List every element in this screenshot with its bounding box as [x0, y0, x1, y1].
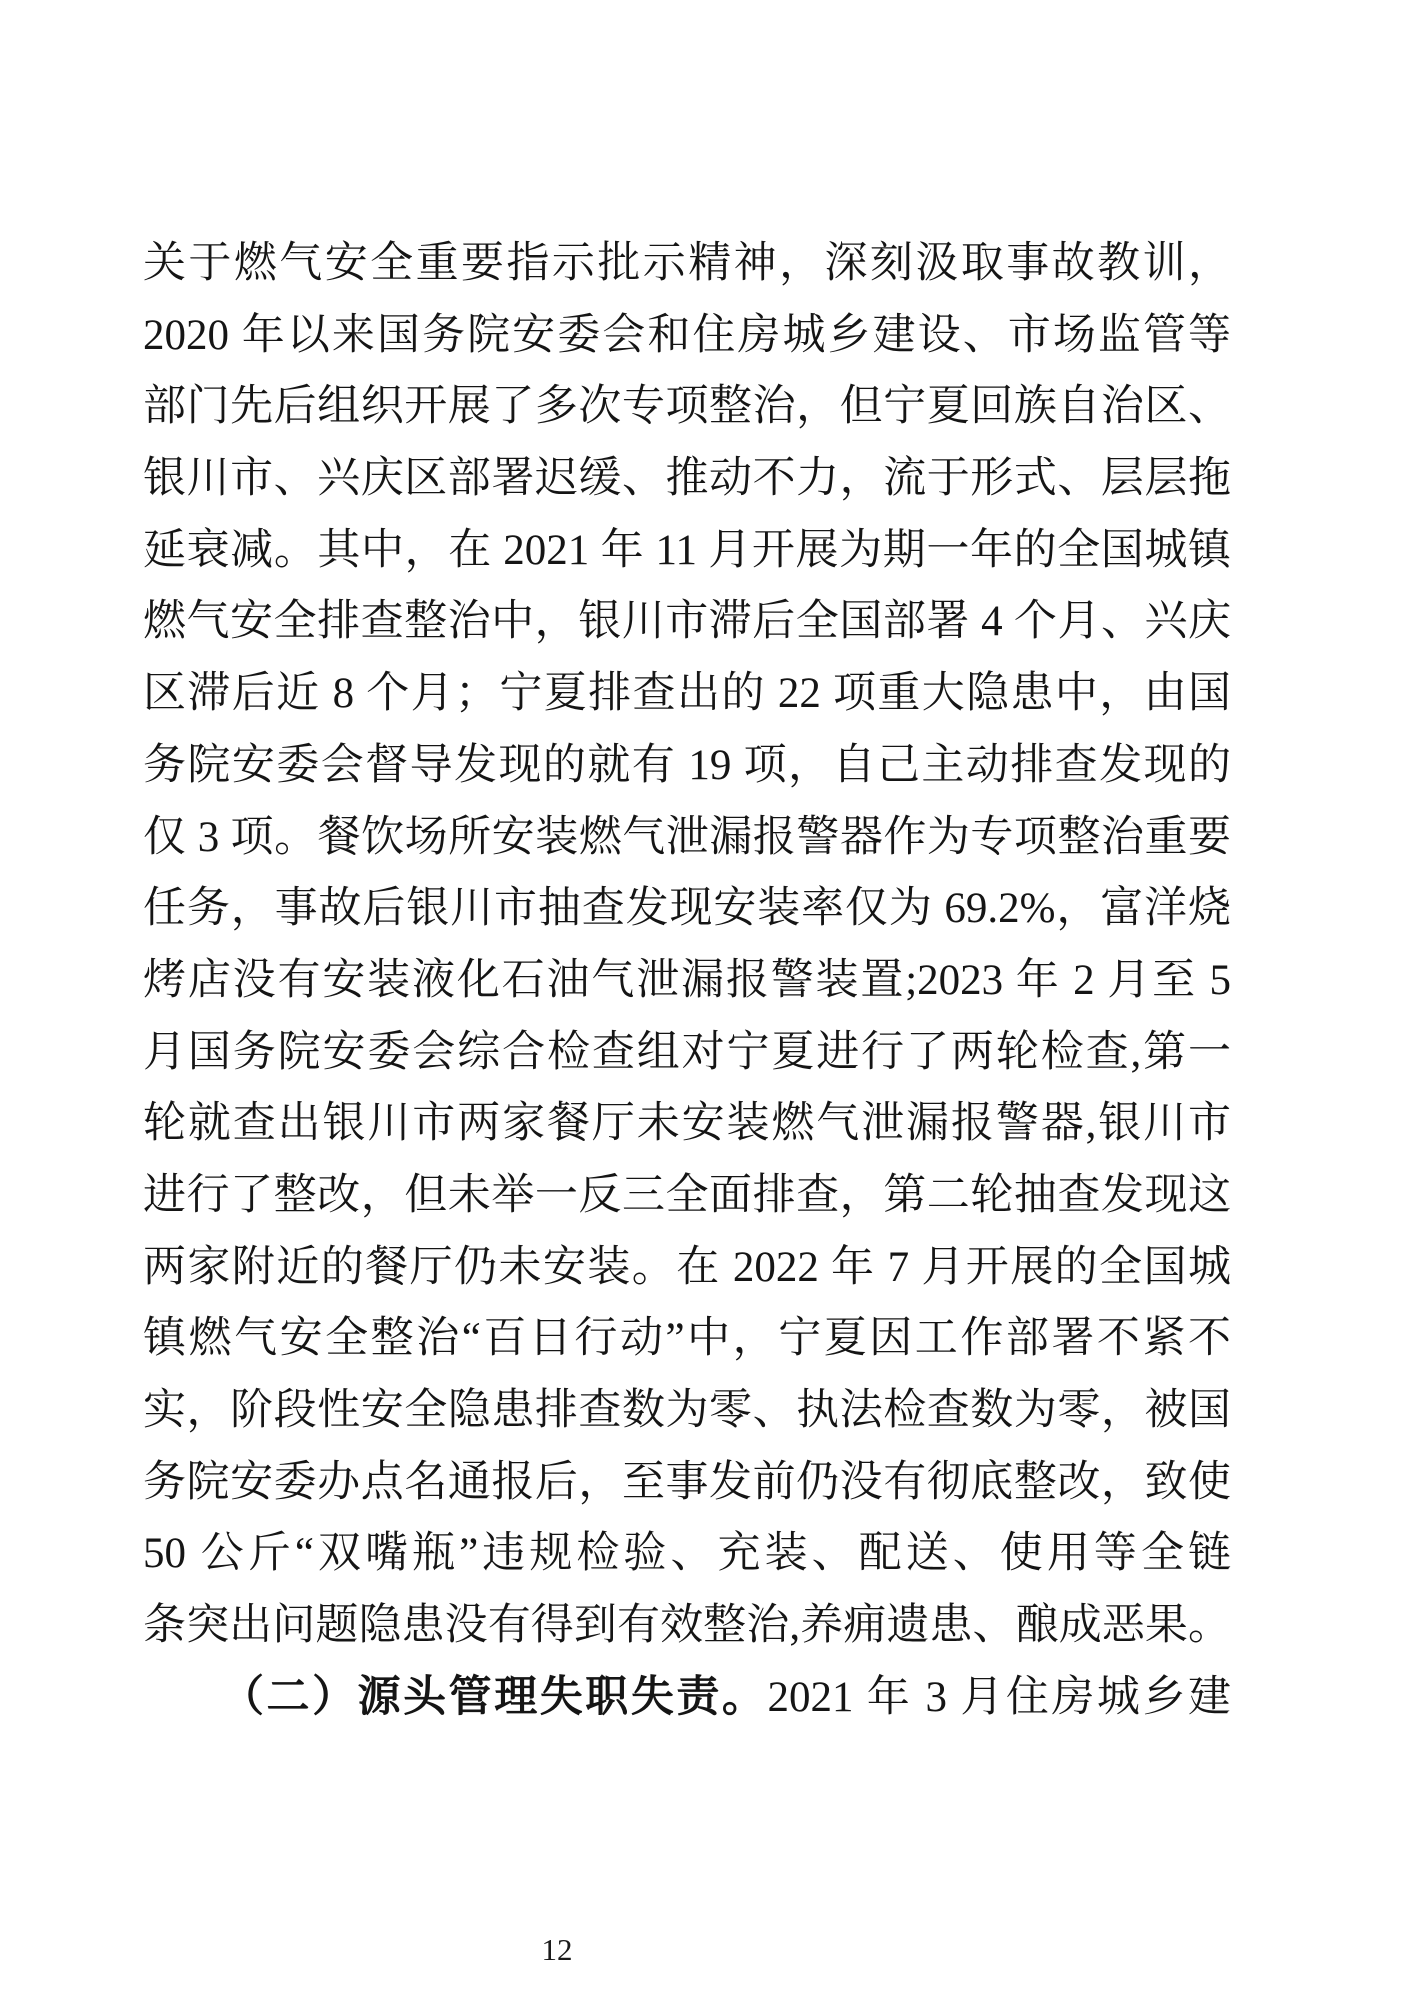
text-segment: 两家附近的餐厅仍未安装。在 2022 年 7 月开展的全国城 — [143, 1244, 1231, 1291]
text-line: 轮就查出银川市两家餐厅未安装燃气泄漏报警器,银川市 — [143, 1088, 1231, 1160]
text-line: 延衰减。其中，在 2021 年 11 月开展为期一年的全国城镇 — [143, 515, 1231, 587]
text-segment: 进行了整改，但未举一反三全面排查，第二轮抽查发现这 — [143, 1172, 1231, 1219]
text-line: 进行了整改，但未举一反三全面排查，第二轮抽查发现这 — [143, 1160, 1231, 1232]
text-segment: 轮就查出银川市两家餐厅未安装燃气泄漏报警器,银川市 — [143, 1100, 1231, 1147]
text-line: 50 公斤“双嘴瓶”违规检验、充装、配送、使用等全链 — [143, 1518, 1231, 1590]
text-line: 任务，事故后银川市抽查发现安装率仅为 69.2%，富洋烧 — [143, 873, 1231, 945]
document-page: 关于燃气安全重要指示批示精神，深刻汲取事故教训，2020 年以来国务院安委会和住… — [0, 0, 1414, 2000]
text-segment: 50 公斤“双嘴瓶”违规检验、充装、配送、使用等全链 — [143, 1530, 1231, 1577]
text-segment: 烤店没有安装液化石油气泄漏报警装置;2023 年 2 月至 5 — [143, 957, 1231, 1004]
text-segment: 关于燃气安全重要指示批示精神，深刻汲取事故教训， — [143, 240, 1231, 287]
text-line: 烤店没有安装液化石油气泄漏报警装置;2023 年 2 月至 5 — [143, 945, 1231, 1017]
text-line: 关于燃气安全重要指示批示精神，深刻汲取事故教训， — [143, 228, 1231, 300]
text-segment: 银川市、兴庆区部署迟缓、推动不力，流于形式、层层拖 — [143, 455, 1231, 502]
text-segment: 任务，事故后银川市抽查发现安装率仅为 69.2%，富洋烧 — [143, 885, 1231, 932]
text-line: 区滞后近 8 个月；宁夏排查出的 22 项重大隐患中，由国 — [143, 658, 1231, 730]
text-line: 部门先后组织开展了多次专项整治，但宁夏回族自治区、 — [143, 371, 1231, 443]
text-line: 银川市、兴庆区部署迟缓、推动不力，流于形式、层层拖 — [143, 443, 1231, 515]
text-segment: 燃气安全排查整治中，银川市滞后全国部署 4 个月、兴庆 — [143, 598, 1231, 645]
text-segment: 延衰减。其中，在 2021 年 11 月开展为期一年的全国城镇 — [143, 527, 1231, 574]
document-body: 关于燃气安全重要指示批示精神，深刻汲取事故教训，2020 年以来国务院安委会和住… — [143, 228, 1231, 1733]
text-segment: 区滞后近 8 个月；宁夏排查出的 22 项重大隐患中，由国 — [143, 670, 1231, 717]
text-line: 月国务院安委会综合检查组对宁夏进行了两轮检查,第一 — [143, 1017, 1231, 1089]
text-line: 务院安委办点名通报后，至事发前仍没有彻底整改，致使 — [143, 1447, 1231, 1519]
page-number: 12 — [497, 1930, 617, 1970]
text-line: 务院安委会督导发现的就有 19 项，自己主动排查发现的 — [143, 730, 1231, 802]
text-segment: 务院安委会督导发现的就有 19 项，自己主动排查发现的 — [143, 742, 1231, 789]
text-line: 2020 年以来国务院安委会和住房城乡建设、市场监管等 — [143, 300, 1231, 372]
text-segment: 务院安委办点名通报后，至事发前仍没有彻底整改，致使 — [143, 1459, 1231, 1506]
text-segment: 2021 年 3 月住房城乡建 — [767, 1674, 1231, 1721]
text-segment: 2020 年以来国务院安委会和住房城乡建设、市场监管等 — [143, 312, 1231, 359]
text-line: 两家附近的餐厅仍未安装。在 2022 年 7 月开展的全国城 — [143, 1232, 1231, 1304]
text-line: 燃气安全排查整治中，银川市滞后全国部署 4 个月、兴庆 — [143, 586, 1231, 658]
text-segment: 仅 3 项。餐饮场所安装燃气泄漏报警器作为专项整治重要 — [143, 814, 1231, 861]
text-segment: 月国务院安委会综合检查组对宁夏进行了两轮检查,第一 — [143, 1029, 1231, 1076]
text-segment: 镇燃气安全整治“百日行动”中，宁夏因工作部署不紧不 — [143, 1315, 1231, 1362]
text-line: 镇燃气安全整治“百日行动”中，宁夏因工作部署不紧不 — [143, 1303, 1231, 1375]
text-line: 条突出问题隐患没有得到有效整治,养痈遗患、酿成恶果。 — [143, 1590, 1231, 1662]
text-segment: 部门先后组织开展了多次专项整治，但宁夏回族自治区、 — [143, 383, 1231, 430]
text-line: 实，阶段性安全隐患排查数为零、执法检查数为零，被国 — [143, 1375, 1231, 1447]
section-heading: （二）源头管理失职失责。 — [221, 1674, 767, 1721]
text-line: （二）源头管理失职失责。2021 年 3 月住房城乡建 — [143, 1662, 1231, 1734]
text-line: 仅 3 项。餐饮场所安装燃气泄漏报警器作为专项整治重要 — [143, 802, 1231, 874]
text-segment: 条突出问题隐患没有得到有效整治,养痈遗患、酿成恶果。 — [143, 1602, 1231, 1649]
text-segment: 实，阶段性安全隐患排查数为零、执法检查数为零，被国 — [143, 1387, 1231, 1434]
